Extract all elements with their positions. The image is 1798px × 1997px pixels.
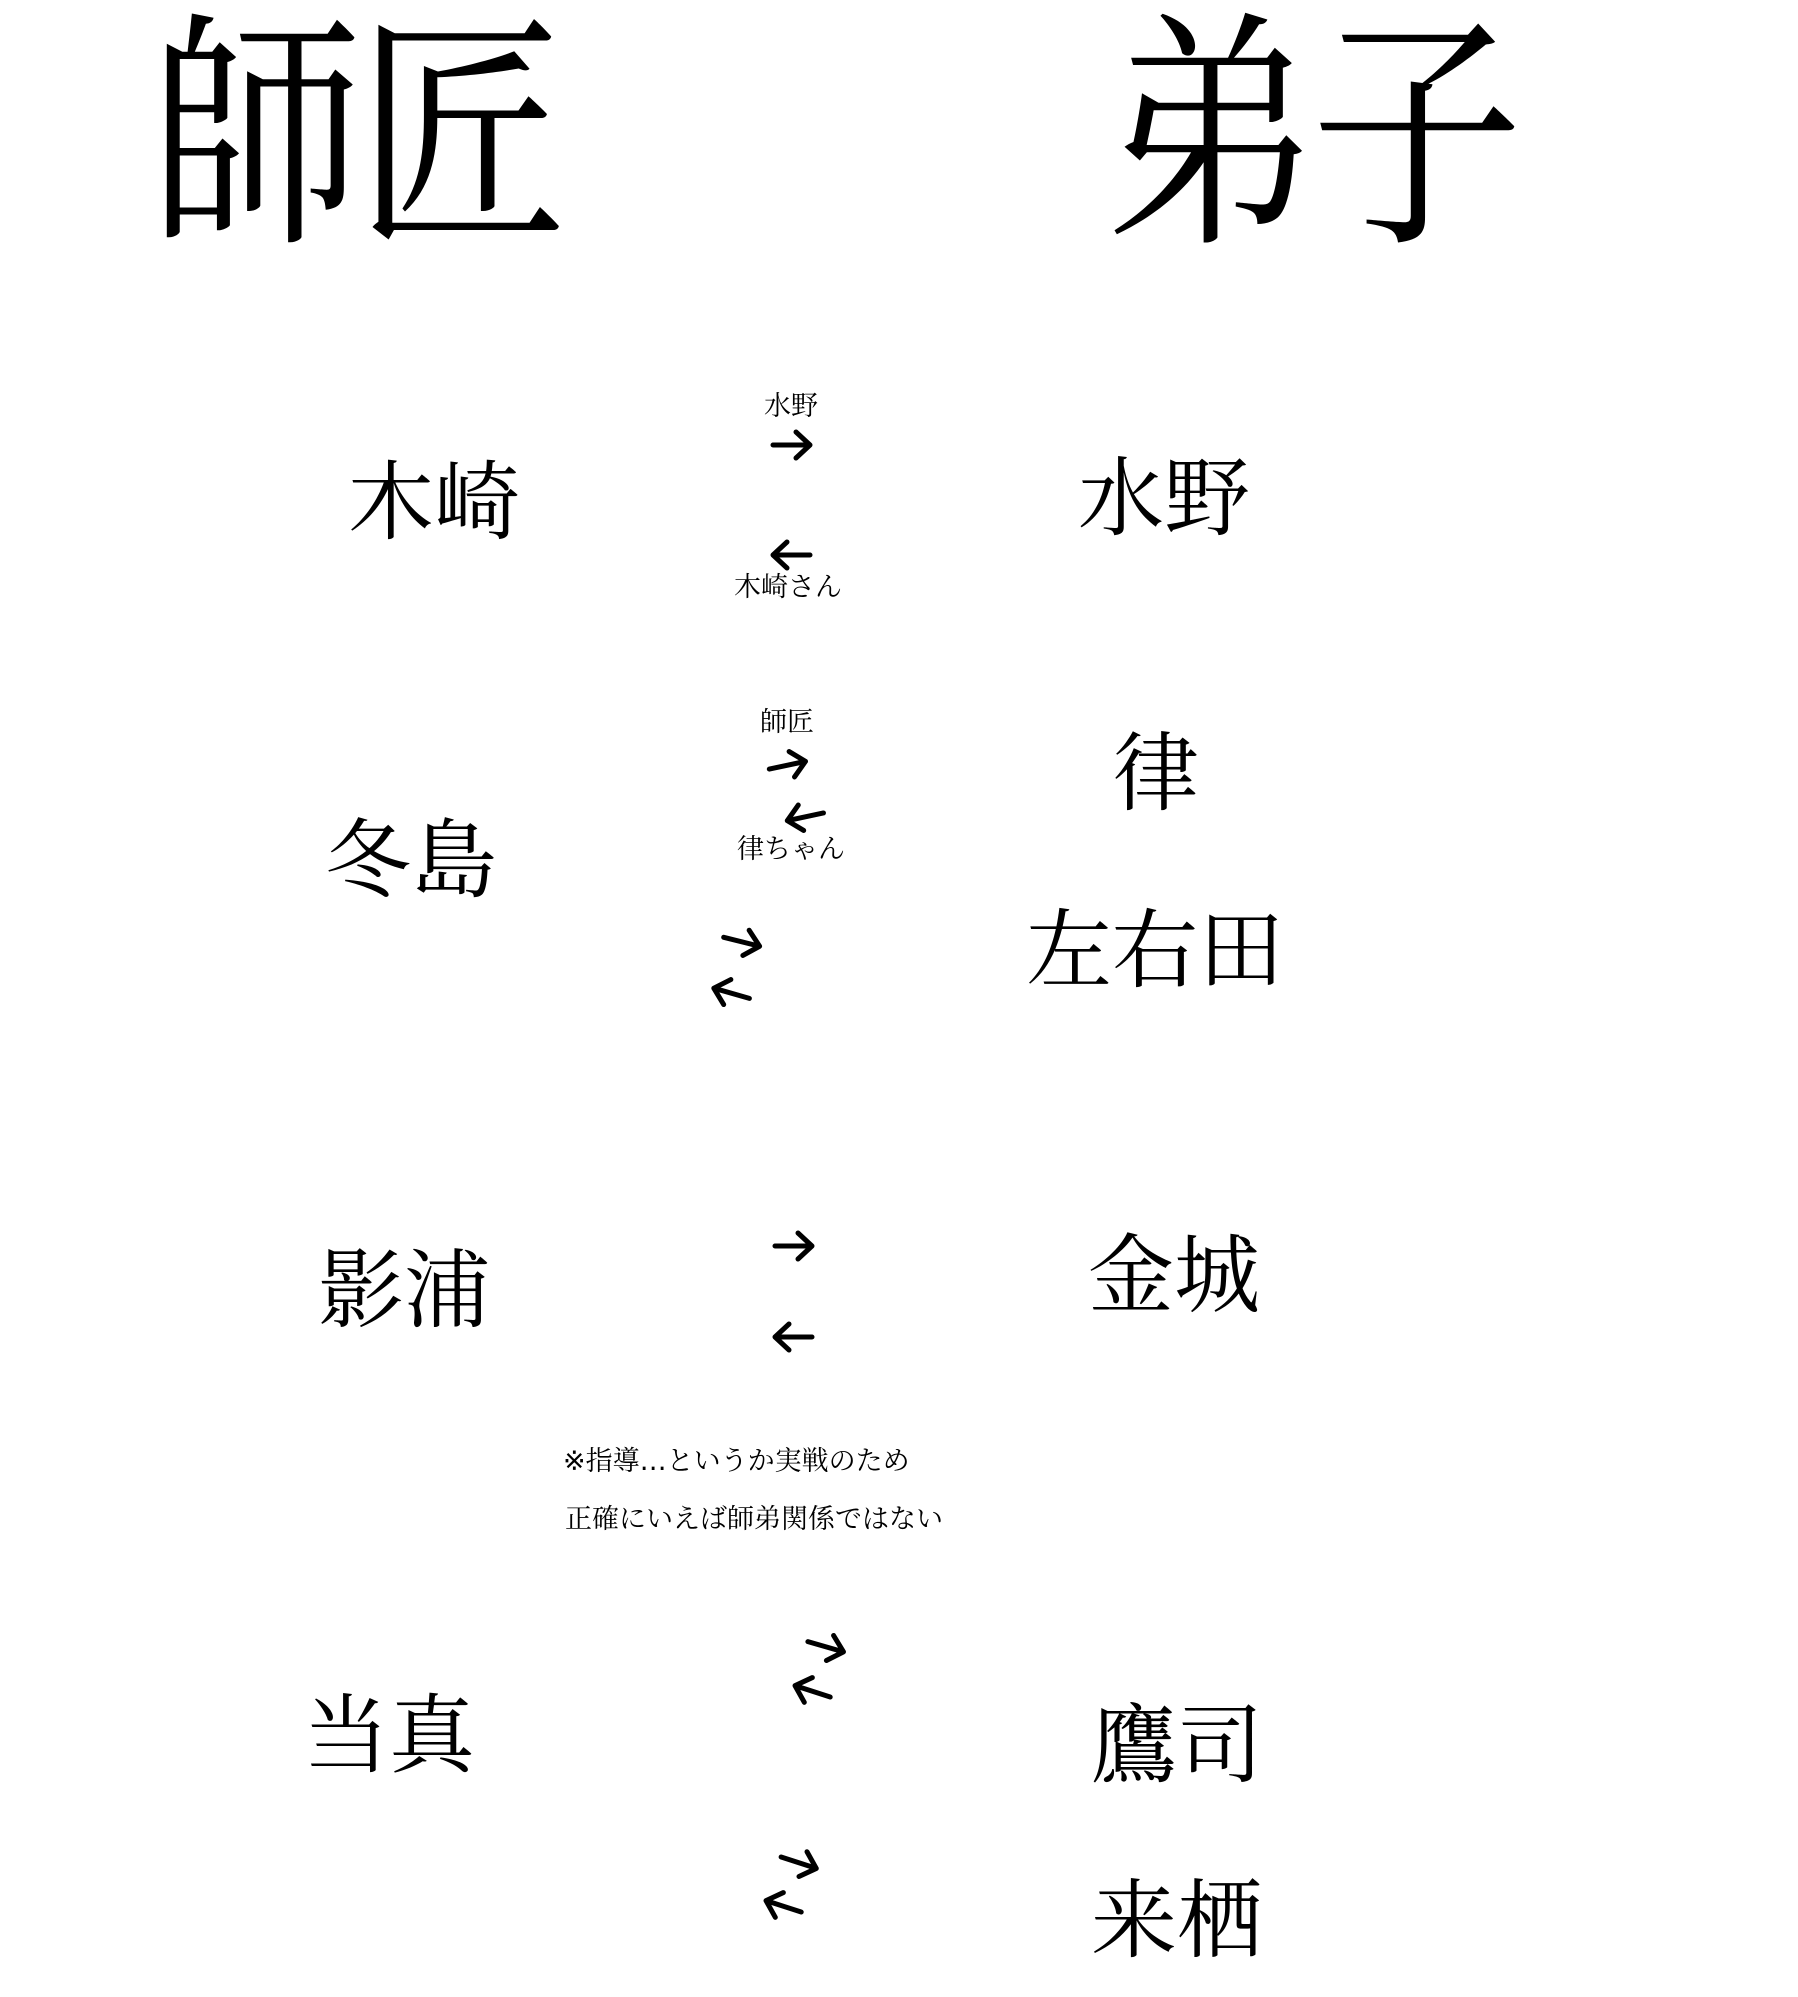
master-name-kageura: 影浦	[318, 1248, 490, 1334]
label-to-master: 水野	[764, 393, 818, 420]
left-arrow-icon	[785, 1668, 839, 1715]
disciple-name-mizuno: 水野	[1078, 456, 1250, 542]
right-arrow-icon	[800, 1624, 853, 1670]
disciple-name-kurusu: 来栖	[1091, 1878, 1263, 1964]
left-arrow-icon	[770, 1320, 815, 1355]
master-name-touma: 当真	[303, 1693, 475, 1779]
master-name-fuyushima: 冬島	[325, 818, 497, 904]
label-to-disciple: 律ちゃん	[737, 836, 845, 863]
disciple-name-takatsukasa: 鷹司	[1091, 1703, 1263, 1789]
header-disciple: 弟子	[1105, 12, 1516, 262]
disciple-name-kaneshiro: 金城	[1088, 1233, 1260, 1319]
disciple-name-souda: 左右田	[1026, 908, 1284, 994]
right-arrow-icon	[716, 920, 768, 965]
right-arrow-icon	[770, 428, 815, 463]
label-to-master: 師匠	[760, 709, 814, 736]
left-arrow-icon	[756, 1883, 810, 1930]
left-arrow-icon	[768, 538, 813, 573]
right-arrow-icon	[763, 744, 814, 788]
disciple-name-ritsu: 律	[1113, 731, 1199, 817]
note-line-1: ※指導…というか実戦のため	[563, 1448, 910, 1475]
label-to-disciple: 木崎さん	[734, 574, 842, 601]
left-arrow-icon	[779, 796, 830, 840]
header-master: 師匠	[150, 12, 561, 262]
right-arrow-icon	[773, 1840, 827, 1887]
note-line-2: 正確にいえば師弟関係ではない	[565, 1506, 943, 1533]
left-arrow-icon	[704, 970, 757, 1016]
master-name-kizaki: 木崎	[348, 460, 520, 546]
right-arrow-icon	[772, 1229, 817, 1264]
